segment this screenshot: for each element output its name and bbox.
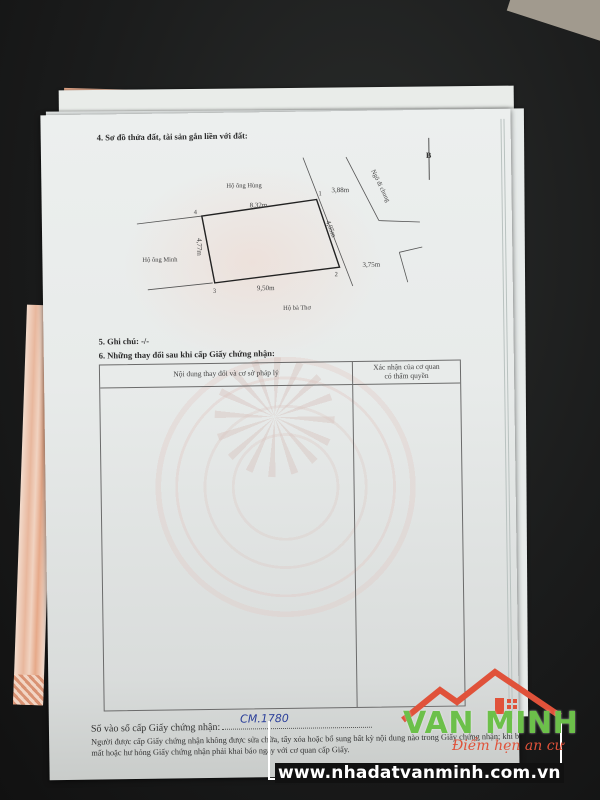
svg-text:4,77m: 4,77m — [195, 238, 203, 256]
column-header-confirmation: Xác nhận của cơ quan có thẩm quyền — [353, 361, 460, 380]
svg-text:3,75m: 3,75m — [362, 261, 380, 269]
svg-text:3,88m: 3,88m — [331, 186, 349, 194]
north-label: B — [426, 151, 432, 160]
brand-website: www.nhadatvanminh.com.vn — [275, 763, 564, 783]
svg-text:Hộ ông Minh: Hộ ông Minh — [142, 256, 178, 263]
svg-text:9,50m: 9,50m — [257, 284, 275, 292]
svg-text:Hộ bà Thơ: Hộ bà Thơ — [283, 305, 312, 312]
table-column-divider — [352, 362, 358, 707]
changes-table-header: Nội dung thay đổi và cơ sở pháp lý Xác n… — [100, 360, 460, 388]
column-header-content: Nội dung thay đổi và cơ sở pháp lý — [100, 367, 352, 380]
section-5-note: 5. Ghi chú: -/- — [98, 336, 149, 347]
svg-text:3: 3 — [213, 288, 216, 295]
brand-name: VAN MINH — [403, 706, 578, 741]
svg-text:8,32m: 8,32m — [250, 201, 268, 209]
land-plot-diagram: B Hộ ông Hùng Hộ ông Minh Hộ bà Thơ Ngõ … — [40, 109, 513, 336]
svg-text:4: 4 — [194, 209, 198, 216]
column-header-line: có thẩm quyền — [353, 370, 460, 380]
svg-text:1: 1 — [318, 190, 321, 197]
svg-text:2: 2 — [335, 271, 338, 278]
changes-table: Nội dung thay đổi và cơ sở pháp lý Xác n… — [99, 359, 466, 711]
svg-text:Ngõ đi chung: Ngõ đi chung — [369, 169, 391, 205]
registry-label: Số vào sổ cấp Giấy chứng nhận: — [91, 722, 220, 735]
desk-background-object — [507, 0, 600, 48]
svg-text:Hộ ông Hùng: Hộ ông Hùng — [226, 182, 262, 190]
brand-slogan: Điểm hẹn an cư — [452, 738, 564, 754]
